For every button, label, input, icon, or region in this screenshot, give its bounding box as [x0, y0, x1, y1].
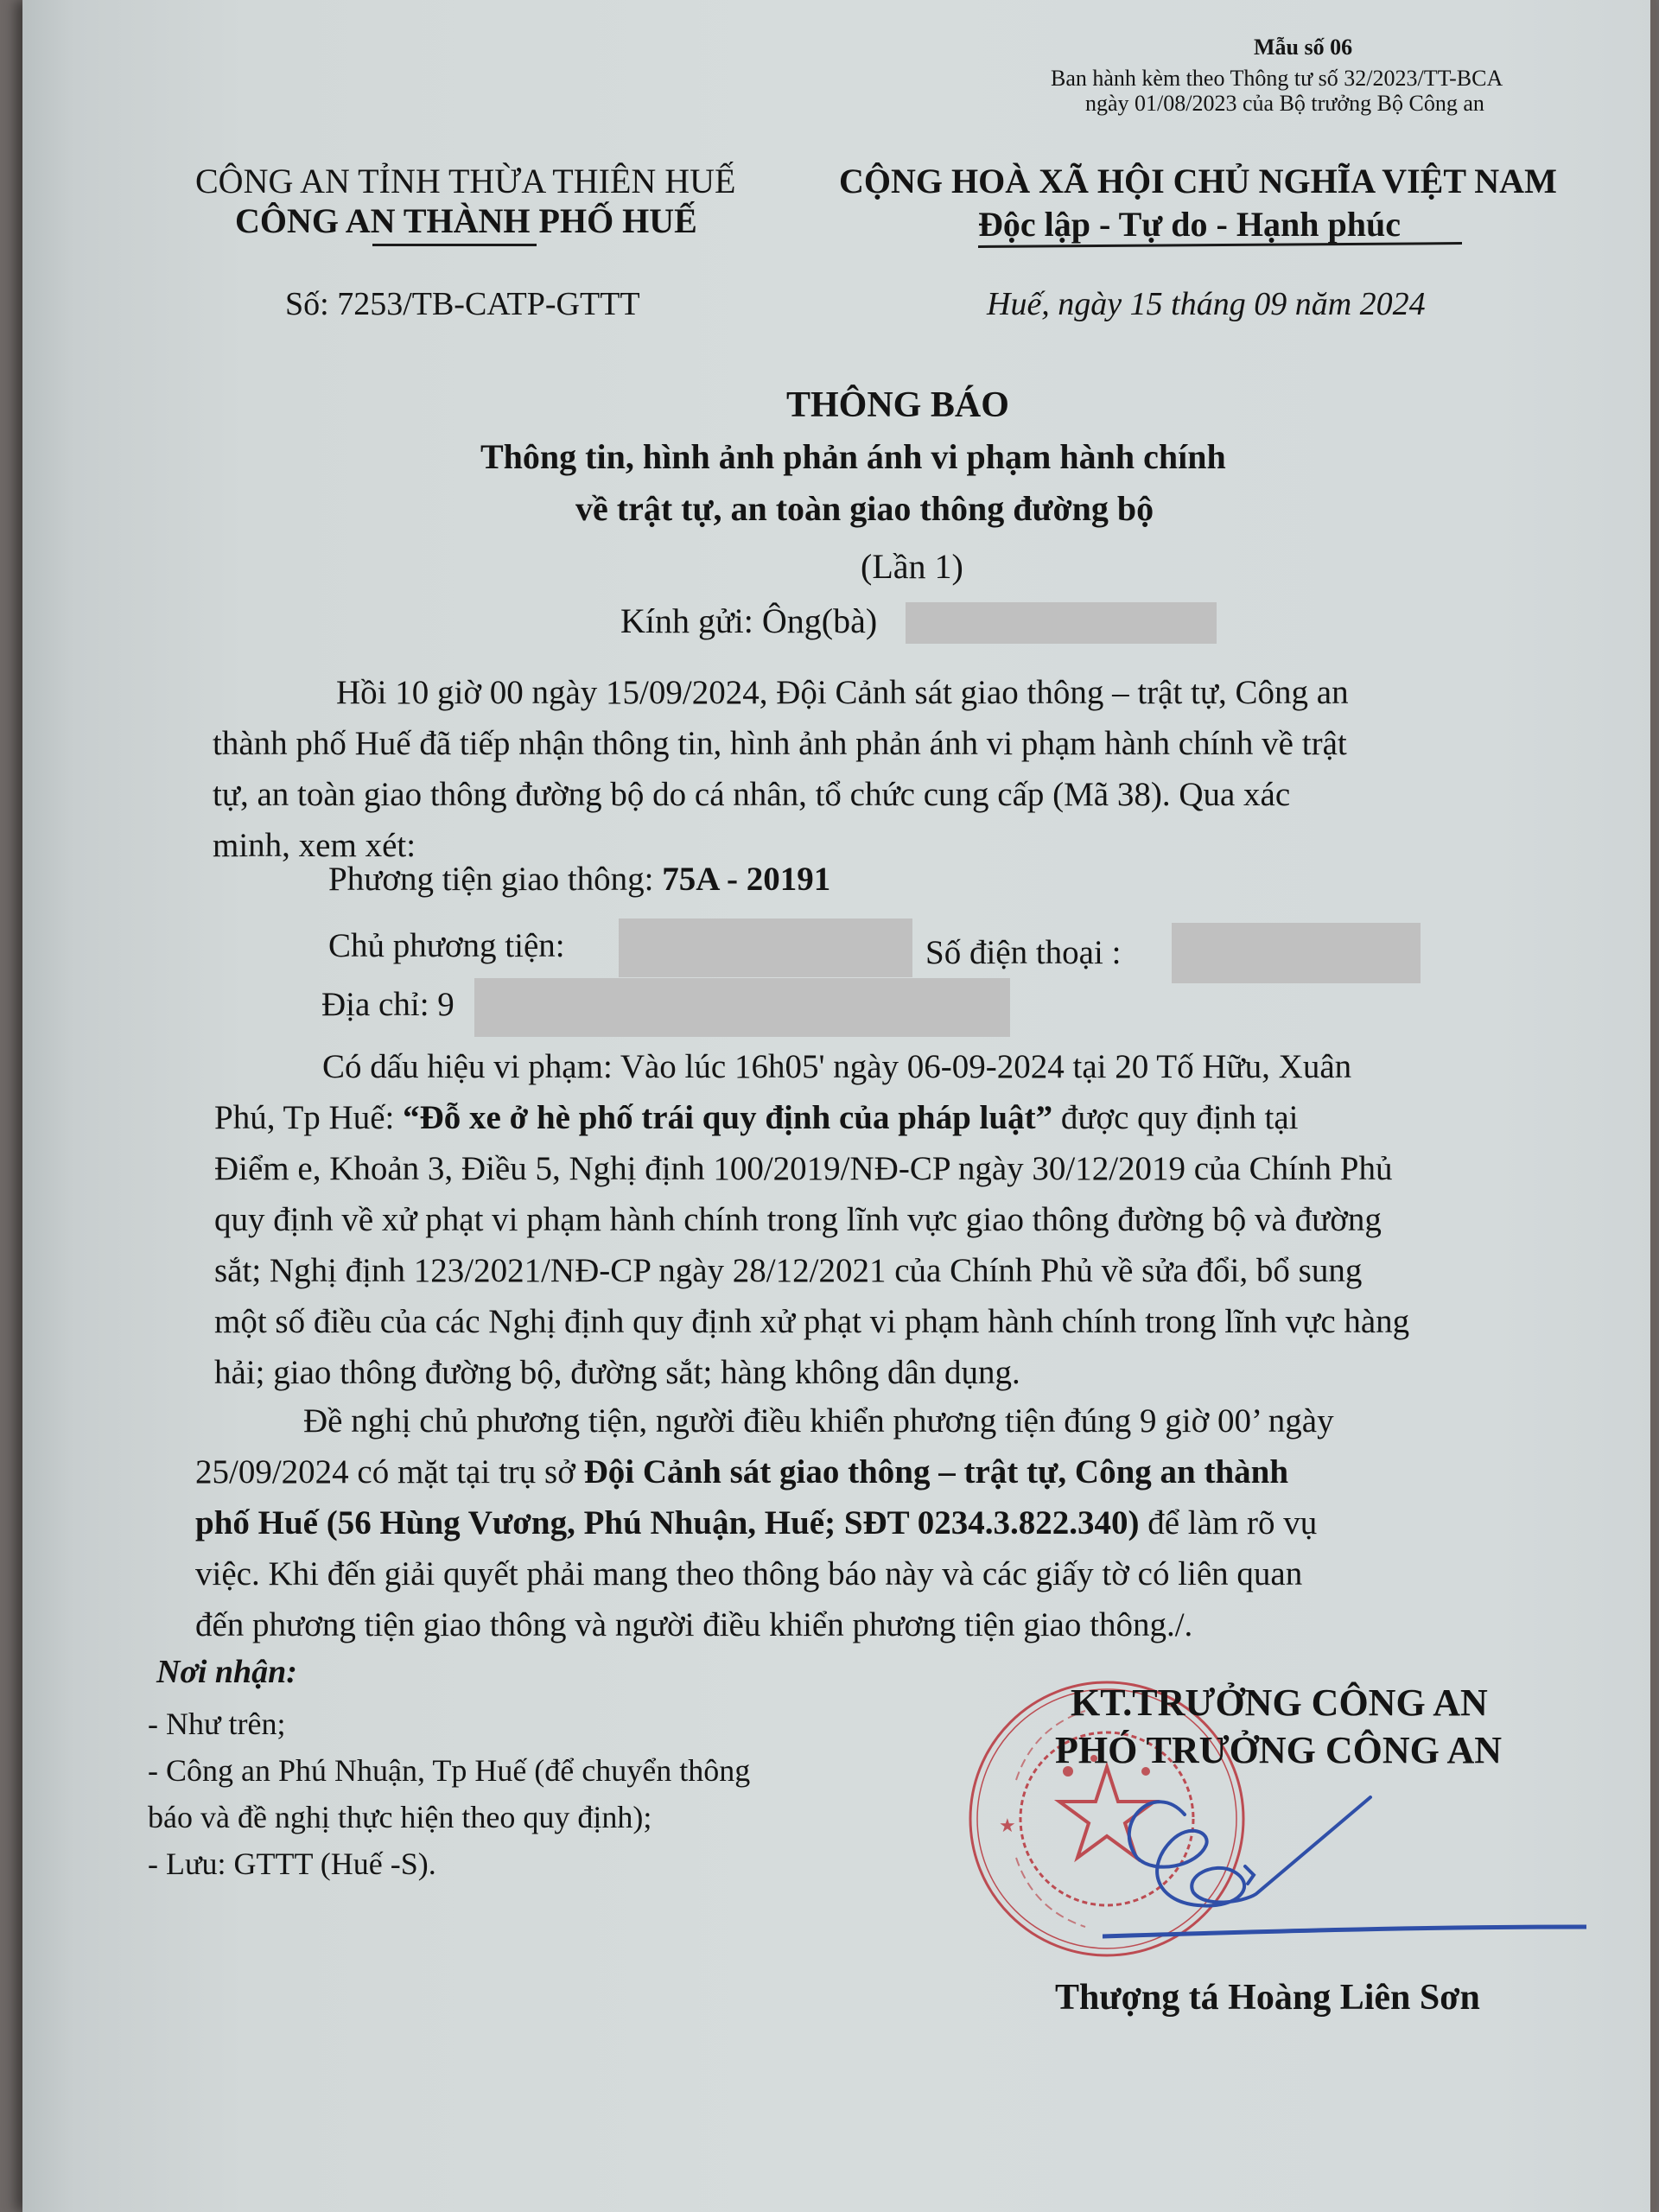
- national-motto: Độc lập - Tự do - Hạnh phúc: [978, 204, 1401, 245]
- issued-with-line2: ngày 01/08/2023 của Bộ trưởng Bộ Công an: [1085, 91, 1484, 117]
- address-label: Địa chỉ: 9: [321, 986, 454, 1023]
- signatory-title-line1: KT.TRƯỞNG CÔNG AN: [1071, 1681, 1488, 1725]
- owner-row: Chủ phương tiện:: [328, 926, 565, 965]
- form-number: Mẫu số 06: [1254, 35, 1352, 60]
- plate-label: Phương tiện giao thông:: [328, 861, 654, 898]
- violation-line: hải; giao thông đường bộ, đường sắt; hàn…: [214, 1347, 1409, 1398]
- request-line: việc. Khi đến giải quyết phải mang theo …: [195, 1548, 1334, 1599]
- recipient-item: báo và đề nghị thực hiện theo quy định);: [148, 1794, 750, 1840]
- recipients-heading: Nơi nhận:: [156, 1653, 297, 1691]
- owner-label: Chủ phương tiện:: [328, 927, 565, 964]
- signatory-title-line2: PHÓ TRƯỞNG CÔNG AN: [1055, 1728, 1502, 1772]
- violation-line: sắt; Nghị định 123/2021/NĐ-CP ngày 28/12…: [214, 1245, 1409, 1296]
- document-page: Mẫu số 06 Ban hành kèm theo Thông tư số …: [22, 0, 1656, 2212]
- vehicle-plate-row: Phương tiện giao thông: 75A - 20191: [328, 860, 830, 899]
- recipient-redaction: [906, 602, 1217, 644]
- violation-line: quy định về xử phạt vi phạm hành chính t…: [214, 1194, 1409, 1245]
- office-address: phố Huế (56 Hùng Vương, Phú Nhuận, Huế; …: [195, 1504, 1139, 1541]
- phone-row: Số điện thoại :: [925, 933, 1121, 972]
- violation-line: Có dấu hiệu vi phạm: Vào lúc 16h05' ngày…: [214, 1041, 1409, 1092]
- intro-line: thành phố Huế đã tiếp nhận thông tin, hì…: [213, 718, 1349, 769]
- recipient-item: - Lưu: GTTT (Huế -S).: [148, 1840, 750, 1887]
- agency-name: CÔNG AN THÀNH PHỐ HUẾ: [235, 200, 697, 241]
- notice-subtitle-line2: về trật tự, an toàn giao thông đường bộ: [575, 488, 1154, 529]
- phone-redaction: [1172, 923, 1421, 983]
- svg-text:★: ★: [999, 1815, 1016, 1836]
- intro-paragraph: Hồi 10 giờ 00 ngày 15/09/2024, Đội Cảnh …: [213, 667, 1349, 871]
- request-paragraph: Đề nghị chủ phương tiện, người điều khiể…: [195, 1395, 1334, 1650]
- violation-line: một số điều của các Nghị định quy định x…: [214, 1296, 1409, 1347]
- notice-attempt: (Lần 1): [861, 546, 963, 587]
- notice-subtitle-line1: Thông tin, hình ảnh phản ánh vi phạm hàn…: [480, 436, 1226, 477]
- request-line: phố Huế (56 Hùng Vương, Phú Nhuận, Huế; …: [195, 1497, 1334, 1548]
- signer-name: Thượng tá Hoàng Liên Sơn: [1055, 1977, 1480, 2018]
- recipient-item: - Như trên;: [148, 1700, 750, 1747]
- place-date: Huế, ngày 15 tháng 09 năm 2024: [987, 285, 1426, 323]
- parent-agency: CÔNG AN TỈNH THỪA THIÊN HUẾ: [195, 161, 735, 201]
- request-line: Đề nghị chủ phương tiện, người điều khiể…: [195, 1395, 1334, 1446]
- recipient-item: - Công an Phú Nhuận, Tp Huế (để chuyển t…: [148, 1747, 750, 1794]
- signature-icon: [1103, 1763, 1586, 1979]
- address-redaction: [474, 978, 1010, 1037]
- document-number: Số: 7253/TB-CATP-GTTT: [285, 285, 640, 323]
- plate-value: 75A - 20191: [662, 861, 830, 898]
- violation-line: Phú, Tp Huế: “Đỗ xe ở hè phố trái quy đị…: [214, 1092, 1409, 1143]
- page-edge: [1650, 0, 1656, 2212]
- recipients-list: - Như trên; - Công an Phú Nhuận, Tp Huế …: [148, 1700, 750, 1887]
- agency-underline: [372, 244, 537, 246]
- violation-paragraph: Có dấu hiệu vi phạm: Vào lúc 16h05' ngày…: [214, 1041, 1409, 1398]
- intro-line: tự, an toàn giao thông đường bộ do cá nh…: [213, 769, 1349, 820]
- violation-description: “Đỗ xe ở hè phố trái quy định của pháp l…: [403, 1099, 1052, 1136]
- phone-label: Số điện thoại :: [925, 934, 1121, 971]
- intro-line: Hồi 10 giờ 00 ngày 15/09/2024, Đội Cảnh …: [213, 667, 1349, 718]
- country-name: CỘNG HOÀ XÃ HỘI CHỦ NGHĨA VIỆT NAM: [839, 161, 1557, 201]
- request-line: 25/09/2024 có mặt tại trụ sở Đội Cảnh sá…: [195, 1446, 1334, 1497]
- notice-title: THÔNG BÁO: [786, 385, 1009, 426]
- request-line: đến phương tiện giao thông và người điều…: [195, 1599, 1334, 1650]
- owner-redaction: [619, 918, 912, 977]
- address-row: Địa chỉ: 9: [321, 985, 454, 1024]
- recipient-label: Kính gửi: Ông(bà): [620, 601, 877, 641]
- violation-line: Điểm e, Khoản 3, Điều 5, Nghị định 100/2…: [214, 1143, 1409, 1194]
- issued-with-line1: Ban hành kèm theo Thông tư số 32/2023/TT…: [1051, 66, 1503, 92]
